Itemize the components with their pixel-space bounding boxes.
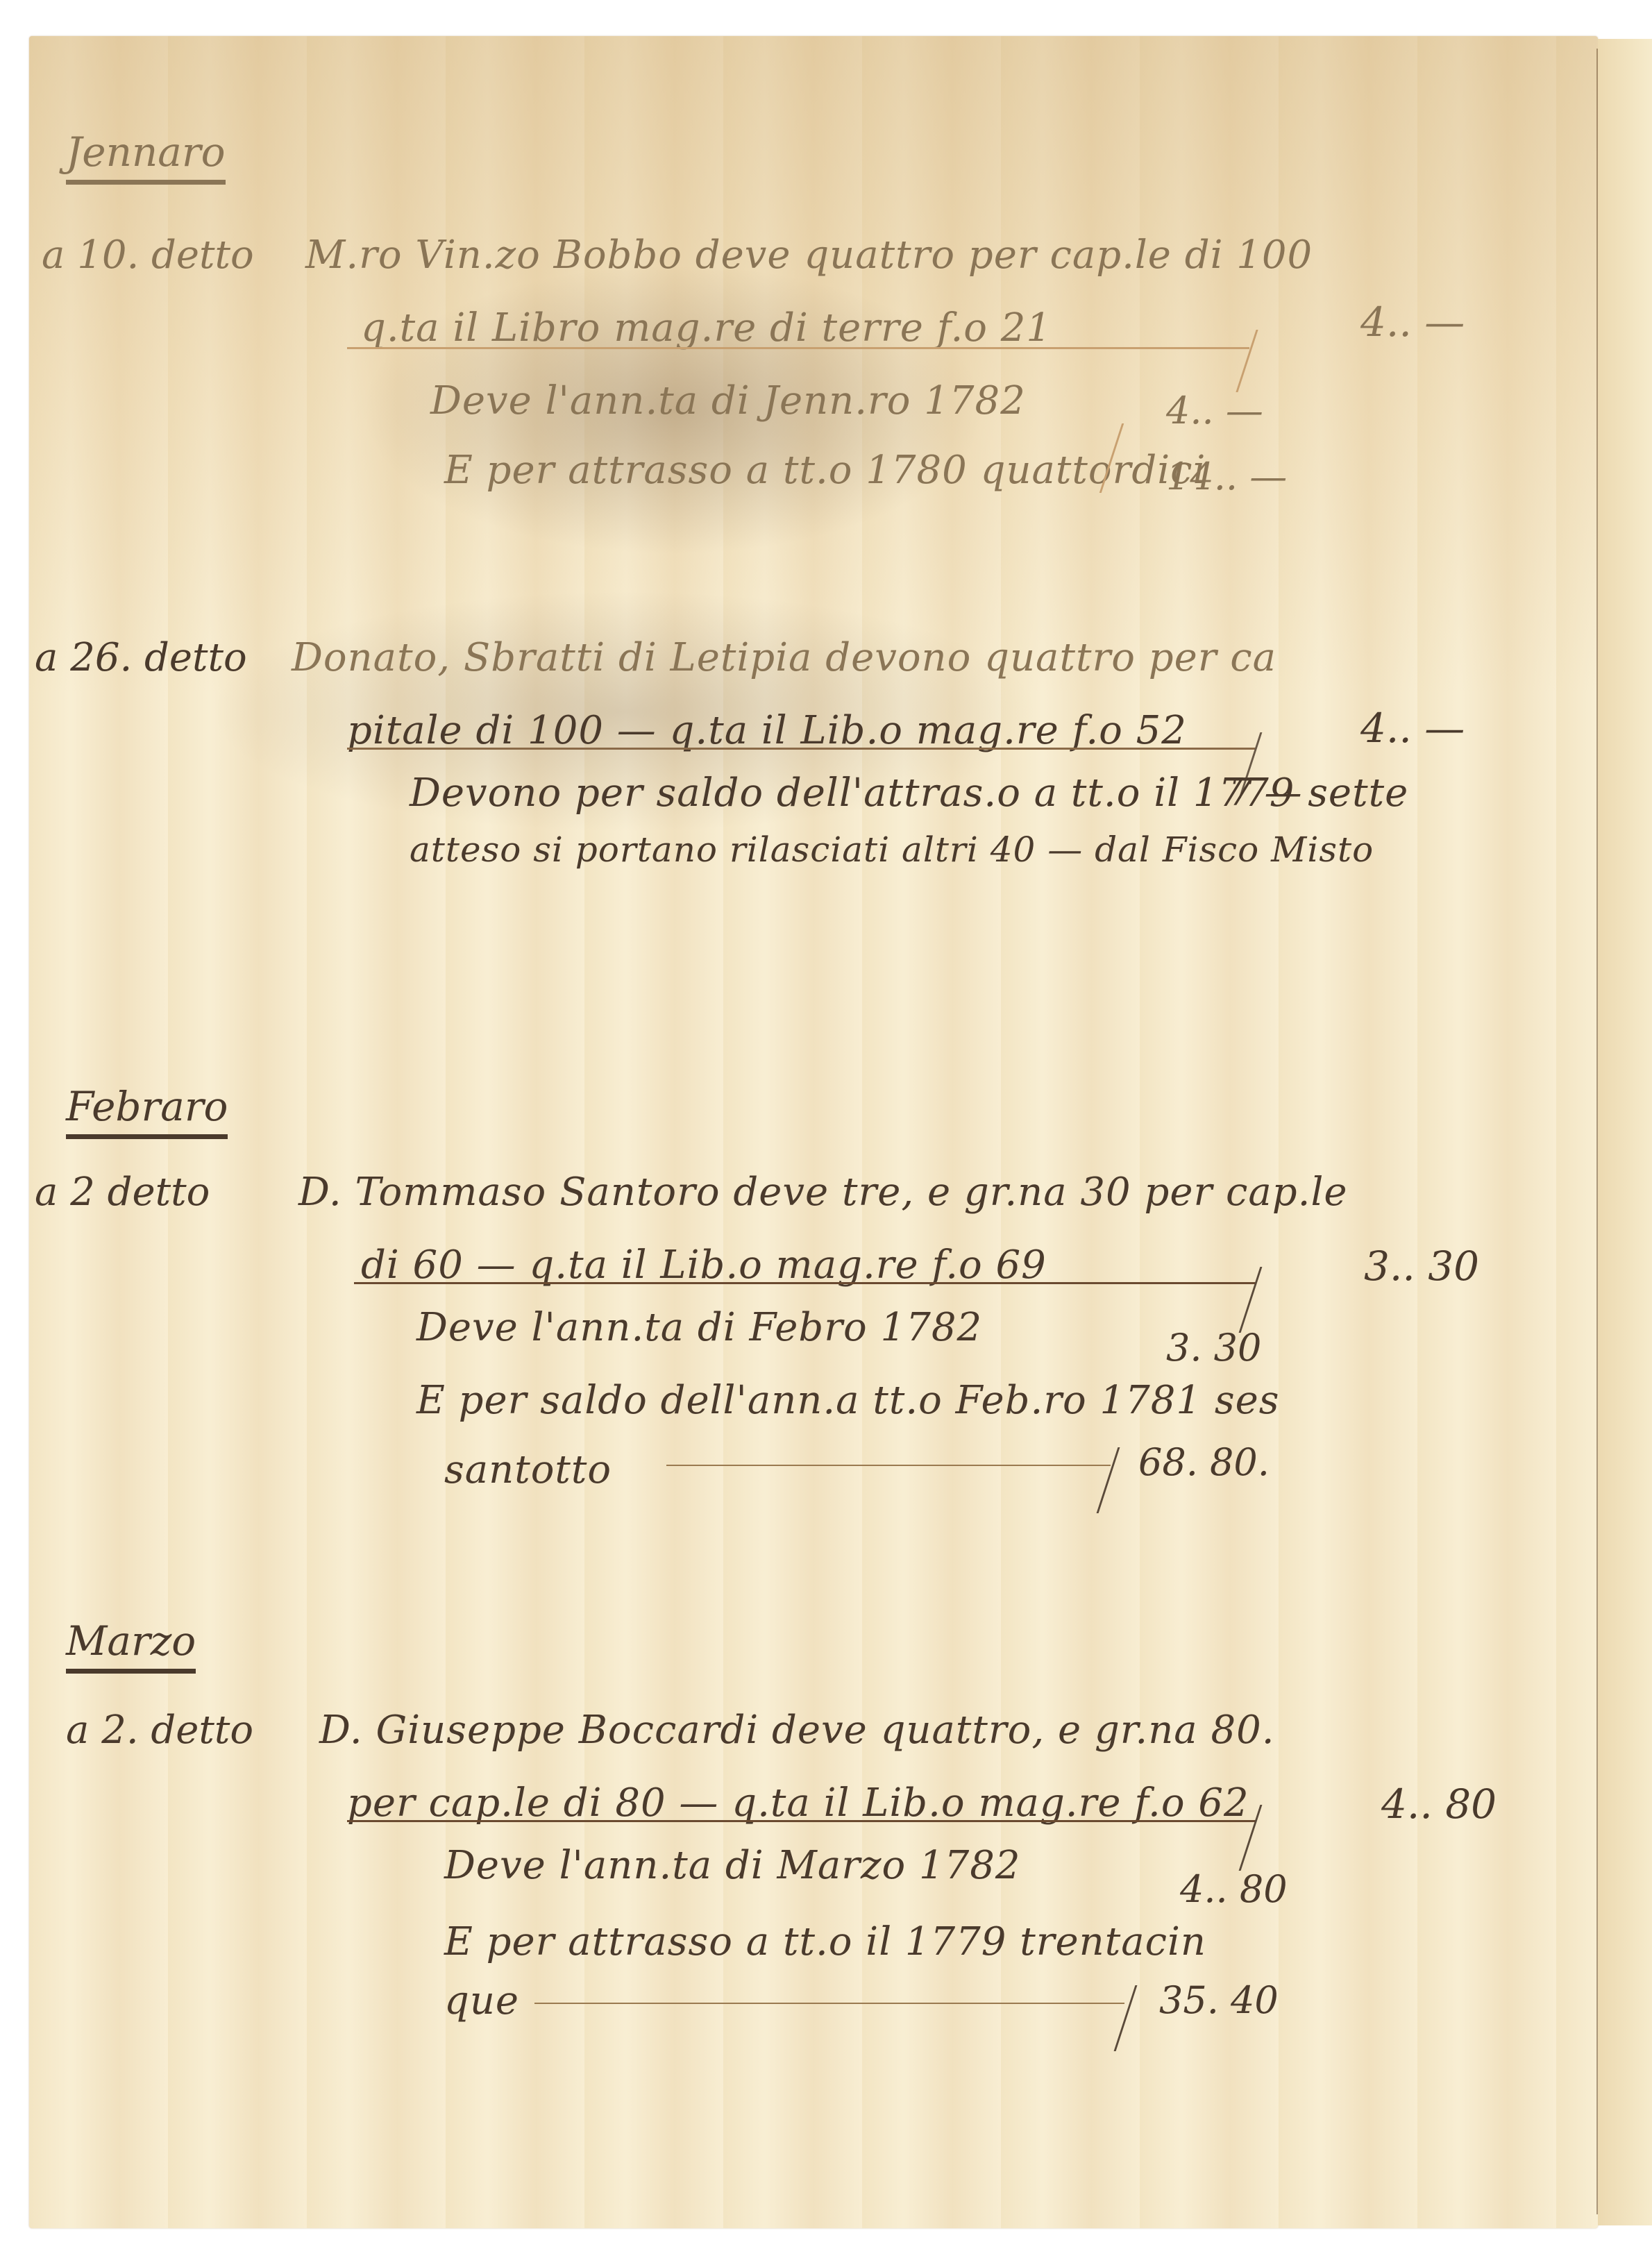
detail-line: E per attrasso a tt.o 1780 quattordici — [444, 448, 1206, 493]
entry-date: a 10. detto — [42, 233, 254, 278]
entry-date: a 26. detto — [35, 635, 247, 680]
entry-line: q.ta il Libro mag.re di terre f.o 21 — [361, 305, 1052, 351]
entry-line: D. Tommaso Santoro deve tre, e gr.na 30 … — [298, 1170, 1348, 1215]
detail-line: E per saldo dell'ann.a tt.o Feb.ro 1781 … — [416, 1378, 1279, 1423]
month-heading-febraro: Febraro — [66, 1083, 228, 1139]
detail-line: Deve l'ann.ta di Marzo 1782 — [444, 1843, 1021, 1888]
detail-amount: 4.. — — [1166, 389, 1263, 432]
detail-line: Deve l'ann.ta di Jenn.ro 1782 — [430, 378, 1026, 423]
entry-line: D. Giuseppe Boccardi deve quattro, e gr.… — [319, 1708, 1275, 1753]
detail-line: Deve l'ann.ta di Febro 1782 — [416, 1305, 982, 1350]
entry-line: pitale di 100 — q.ta il Lib.o mag.re f.o… — [347, 708, 1187, 753]
detail-amount: 4.. 80 — [1180, 1867, 1288, 1911]
detail-line: E per attrasso a tt.o il 1779 trentacin — [444, 1919, 1206, 1964]
entry-line: di 60 — q.ta il Lib.o mag.re f.o 69 — [361, 1243, 1047, 1288]
entry-rule — [347, 748, 1256, 750]
entry-rule — [354, 1282, 1256, 1284]
entry-line: per cap.le di 80 — q.ta il Lib.o mag.re … — [347, 1780, 1249, 1826]
entry-amount: 3.. 30 — [1364, 1243, 1479, 1290]
entry-rule — [347, 1820, 1256, 1822]
detail-line: atteso si portano rilasciati altri 40 — … — [410, 830, 1374, 870]
entry-line: Donato, Sbratti di Letipia devono quattr… — [292, 635, 1276, 680]
detail-amount: 35. 40 — [1159, 1978, 1279, 2022]
detail-line: que — [444, 1978, 519, 2023]
entry-line: M.ro Vin.zo Bobbo deve quattro per cap.l… — [305, 233, 1313, 278]
entry-date: a 2. detto — [66, 1708, 253, 1753]
detail-amount: 14.. — — [1166, 455, 1287, 498]
entry-rule — [347, 347, 1249, 349]
page-fold-line — [1596, 49, 1598, 2214]
entry-date: a 2 detto — [35, 1170, 210, 1215]
detail-amount: 68. 80. — [1138, 1440, 1270, 1484]
detail-line: santotto — [444, 1447, 612, 1492]
entry-amount: 4.. — — [1360, 705, 1465, 752]
month-heading-marzo: Marzo — [66, 1617, 196, 1674]
entry-rule — [534, 2003, 1124, 2004]
detail-amount: 7 — — [1229, 771, 1302, 814]
adjacent-page-edge — [1598, 39, 1652, 2225]
entry-rule — [666, 1465, 1111, 1466]
entry-amount: 4.. 80 — [1381, 1780, 1497, 1828]
month-heading-jennaro: Jennaro — [66, 128, 226, 185]
entry-amount: 4.. — — [1360, 298, 1465, 346]
detail-amount: 3. 30 — [1166, 1326, 1261, 1370]
